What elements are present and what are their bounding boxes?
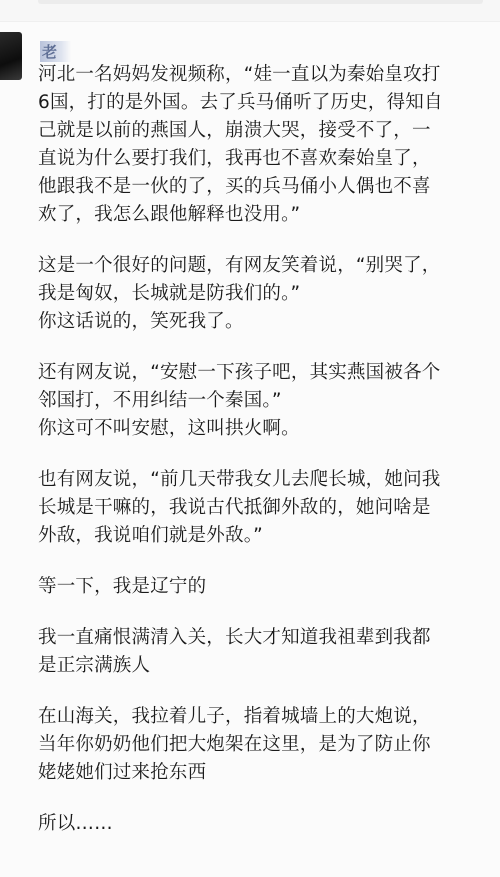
text-line: 你这话说的，笑死我了。 bbox=[38, 308, 483, 336]
paragraph-2: 这是一个很好的问题，有网友笑着说，“别哭了， 我是匈奴，长城就是防我们的。” 你… bbox=[38, 252, 483, 336]
text-line: 是正宗满族人 bbox=[38, 652, 483, 680]
text-line: 这是一个很好的问题，有网友笑着说，“别哭了， bbox=[38, 252, 483, 280]
paragraph-7: 在山海关，我拉着儿子，指着城墙上的大炮说， 当年你奶奶他们把大炮架在这里，是为了… bbox=[38, 703, 483, 787]
text-line: 等一下，我是辽宁的 bbox=[38, 573, 483, 601]
text-line: 也有网友说，“前几天带我女儿去爬长城，她问我 bbox=[38, 466, 483, 494]
text-line: 他跟我不是一伙的了，买的兵马俑小人偶也不喜 bbox=[38, 173, 483, 201]
text-line: 在山海关，我拉着儿子，指着城墙上的大炮说， bbox=[38, 703, 483, 731]
paragraph-6: 我一直痛恨满清入关，长大才知道我祖辈到我都 是正宗满族人 bbox=[38, 624, 483, 680]
username-text: 老 bbox=[40, 41, 71, 62]
paragraph-4: 也有网友说，“前几天带我女儿去爬长城，她问我 长城是干嘛的，我说古代抵御外敌的，… bbox=[38, 466, 483, 550]
text-line: 当年你奶奶他们把大炮架在这里，是为了防止你 bbox=[38, 731, 483, 759]
post-content: 河北一名妈妈发视频称，“娃一直以为秦始皇攻打 6国，打的是外国。去了兵马俑听了历… bbox=[38, 61, 483, 838]
text-line: 6国，打的是外国。去了兵马俑听了历史，得知自 bbox=[38, 89, 483, 117]
top-bar bbox=[0, 0, 500, 22]
text-line: 姥姥她们过来抢东西 bbox=[38, 759, 483, 787]
text-line: 欢了，我怎么跟他解释也没用。” bbox=[38, 201, 483, 229]
text-line: 邻国打，不用纠结一个秦国。” bbox=[38, 387, 483, 415]
username[interactable]: 老 bbox=[40, 40, 71, 62]
text-line: 我是匈奴，长城就是防我们的。” bbox=[38, 280, 483, 308]
text-line: 所以…… bbox=[38, 810, 483, 838]
text-line: 河北一名妈妈发视频称，“娃一直以为秦始皇攻打 bbox=[38, 61, 483, 89]
text-line: 你这可不叫安慰，这叫拱火啊。 bbox=[38, 415, 483, 443]
text-line: 外敌，我说咱们就是外敌。” bbox=[38, 522, 483, 550]
paragraph-8: 所以…… bbox=[38, 810, 483, 838]
top-bar-card-edge bbox=[38, 0, 483, 4]
text-line: 我一直痛恨满清入关，长大才知道我祖辈到我都 bbox=[38, 624, 483, 652]
paragraph-1: 河北一名妈妈发视频称，“娃一直以为秦始皇攻打 6国，打的是外国。去了兵马俑听了历… bbox=[38, 61, 483, 229]
text-line: 己就是以前的燕国人，崩溃大哭，接受不了，一 bbox=[38, 117, 483, 145]
paragraph-3: 还有网友说，“安慰一下孩子吧，其实燕国被各个 邻国打，不用纠结一个秦国。” 你这… bbox=[38, 359, 483, 443]
avatar[interactable] bbox=[0, 32, 22, 80]
text-line: 还有网友说，“安慰一下孩子吧，其实燕国被各个 bbox=[38, 359, 483, 387]
divider bbox=[0, 21, 500, 22]
paragraph-5: 等一下，我是辽宁的 bbox=[38, 573, 483, 601]
text-line: 直说为什么要打我们，我再也不喜欢秦始皇了， bbox=[38, 145, 483, 173]
text-line: 长城是干嘛的，我说古代抵御外敌的，她问啥是 bbox=[38, 494, 483, 522]
